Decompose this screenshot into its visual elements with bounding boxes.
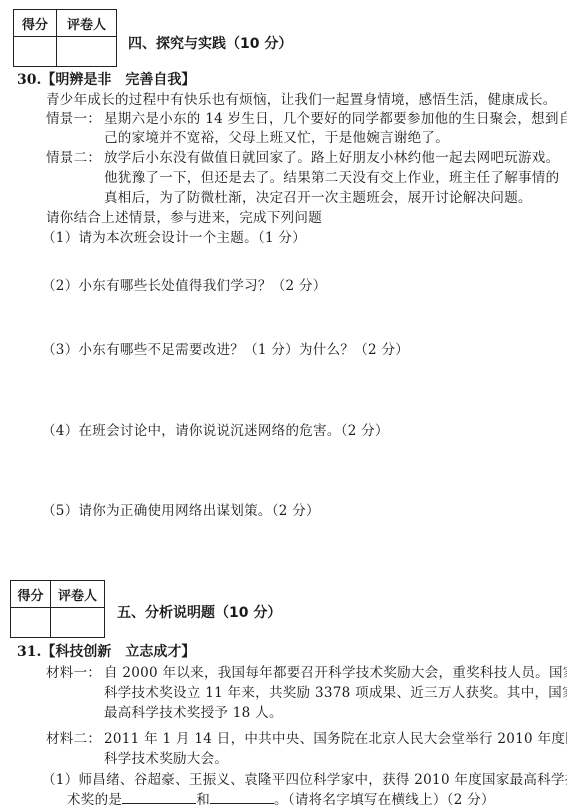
- score-cell[interactable]: [11, 608, 51, 638]
- scenario-1-label: 情景一：: [46, 107, 101, 127]
- q30-sub-3: （3）小东有哪些不足需要改进？（1 分）为什么？（2 分）: [42, 338, 409, 358]
- q31-sub-1-line-2: 术奖的是和。（请将名字填写在横线上）（2 分）: [67, 788, 495, 808]
- material-1-line-1: 自 2000 年以来，我国每年都要召开科学技术奖励大会，重奖科技人员。国家: [104, 661, 567, 681]
- score-table-1: 得分 评卷人: [13, 9, 117, 67]
- grader-cell[interactable]: [57, 37, 117, 67]
- scenario-2-line-3: 真相后，为了防微杜渐，决定召开一次主题班会，展开讨论解决问题。: [104, 186, 532, 206]
- scenario-1-line-1: 星期六是小东的 14 岁生日，几个要好的同学都要参加他的生日聚会，想到自: [104, 107, 567, 127]
- q30-prompt: 请你结合上述情景，参与进来，完成下列问题: [46, 206, 322, 226]
- score-header: 得分: [14, 10, 57, 37]
- score-header: 得分: [11, 581, 51, 608]
- section-5-title: 五、分析说明题（10 分）: [117, 602, 281, 622]
- q30-sub-1: （1）请为本次班会设计一个主题。（1 分）: [42, 226, 306, 246]
- q31-answer-prefix: 术奖的是: [67, 792, 122, 808]
- question-31-heading: 31.【科技创新 立志成才】: [17, 641, 195, 661]
- q31-sub-1-line-1: （1）师昌绪、谷超豪、王振义、袁隆平四位科学家中，获得 2010 年度国家最高科…: [42, 768, 567, 788]
- q31-answer-and: 和: [196, 792, 210, 808]
- answer-blank-2[interactable]: [210, 791, 274, 804]
- material-2-line-1: 2011 年 1 月 14 日，中共中央、国务院在北京人民大会堂举行 2010 …: [104, 727, 567, 747]
- material-2-line-2: 科学技术奖励大会。: [104, 747, 228, 767]
- grader-cell[interactable]: [51, 608, 105, 638]
- q30-sub-4: （4）在班会讨论中，请你说说沉迷网络的危害。（2 分）: [42, 419, 389, 439]
- q30-sub-5: （5）请你为正确使用网络出谋划策。（2 分）: [42, 499, 320, 519]
- scenario-2-line-1: 放学后小东没有做值日就回家了。路上好朋友小林约他一起去网吧玩游戏。: [104, 146, 559, 166]
- q30-sub-2: （2）小东有哪些长处值得我们学习？（2 分）: [42, 274, 327, 294]
- material-1-label: 材料一：: [46, 661, 101, 681]
- material-1-line-2: 科学技术奖设立 11 年来，共奖励 3378 项成果、近三万人获奖。其中，国家: [104, 681, 567, 701]
- material-2-label: 材料二：: [46, 727, 101, 747]
- material-1-line-3: 最高科学技术奖授予 18 人。: [104, 701, 283, 721]
- scenario-2-line-2: 他犹豫了一下，但还是去了。结果第二天没有交上作业，班主任了解事情的: [104, 166, 559, 186]
- section-4-title: 四、探究与实践（10 分）: [128, 33, 292, 53]
- answer-blank-1[interactable]: [122, 791, 196, 804]
- scenario-1-line-2: 己的家境并不宽裕，父母上班又忙，于是他婉言谢绝了。: [104, 126, 449, 146]
- q30-intro: 青少年成长的过程中有快乐也有烦恼，让我们一起置身情境，感悟生活，健康成长。: [46, 88, 557, 108]
- scenario-2-label: 情景二：: [46, 146, 101, 166]
- grader-header: 评卷人: [51, 581, 105, 608]
- score-table-2: 得分 评卷人: [10, 580, 105, 638]
- question-30-heading: 30.【明辨是非 完善自我】: [17, 69, 195, 89]
- score-cell[interactable]: [14, 37, 57, 67]
- q31-answer-suffix: 。（请将名字填写在横线上）（2 分）: [274, 792, 495, 808]
- grader-header: 评卷人: [57, 10, 117, 37]
